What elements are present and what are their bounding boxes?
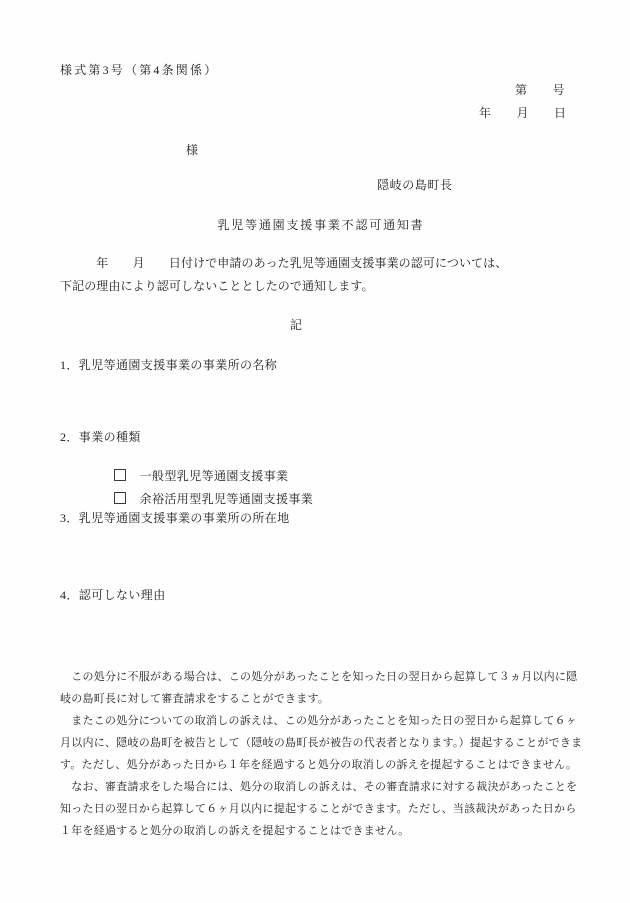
form-number: 様式第3号（第4条関係）	[60, 62, 218, 78]
appeal-notice: この処分に不服がある場合は、この処分があったことを知った日の翌日から起算して３ヵ…	[60, 666, 580, 842]
issue-date-line: 年 月 日	[479, 105, 567, 121]
document-title: 乳児等通園支援事業不認可通知書	[12, 217, 630, 233]
checkbox-surplus-type[interactable]	[114, 492, 126, 504]
appeal-notice-line: 月以内に、隠岐の島町を被告として（隠岐の島町長が被告の代表者となります。）提起す…	[60, 732, 580, 754]
appeal-notice-line: またこの処分についての取消しの訴えは、この処分があったことを知った日の翌日から起…	[60, 710, 580, 732]
appeal-notice-line: １年を経過すると処分の取消しの訴えを提起することはできません。	[60, 820, 580, 842]
item-1-business-name-heading: 1．乳児等通園支援事業の事業所の名称	[60, 357, 277, 373]
appeal-notice-line: す。ただし、処分があった日から１年を経過すると処分の取消しの訴えを提起することは…	[60, 754, 580, 776]
record-marker: 記	[290, 317, 302, 333]
option-surplus-type-label: 余裕活用型乳児等通園支援事業	[140, 492, 314, 506]
intro-paragraph-line-1: 年 月 日付けで申請のあった乳児等通園支援事業の認可については、	[60, 255, 507, 271]
appeal-notice-line: この処分に不服がある場合は、この処分があったことを知った日の翌日から起算して３ヵ…	[60, 666, 580, 688]
appeal-notice-line: なお、審査請求をした場合には、処分の取消しの訴えは、その審査請求に対する裁決があ…	[60, 776, 580, 798]
document-number-line: 第 号	[515, 82, 565, 98]
item-2-business-type-heading: 2．事業の種類	[60, 429, 141, 445]
item-3-business-address-heading: 3．乳児等通園支援事業の事業所の所在地	[60, 510, 290, 526]
notice-document-page: 様式第3号（第4条関係） 第 号 年 月 日 様 隠岐の島町長 乳児等通園支援事…	[0, 0, 630, 903]
appeal-notice-line: 知った日の翌日から起算して６ヶ月以内に提起することができます。ただし、当該裁決が…	[60, 798, 580, 820]
appeal-notice-line: 岐の島町長に対して審査請求をすることができます。	[60, 688, 580, 710]
addressee-suffix: 様	[186, 142, 198, 158]
intro-paragraph-line-2: 下記の理由により認可しないこととしたので通知します。	[60, 278, 374, 294]
issuer-name: 隠岐の島町長	[377, 177, 453, 193]
item-4-refusal-reason-heading: 4．認可しない理由	[60, 587, 166, 603]
